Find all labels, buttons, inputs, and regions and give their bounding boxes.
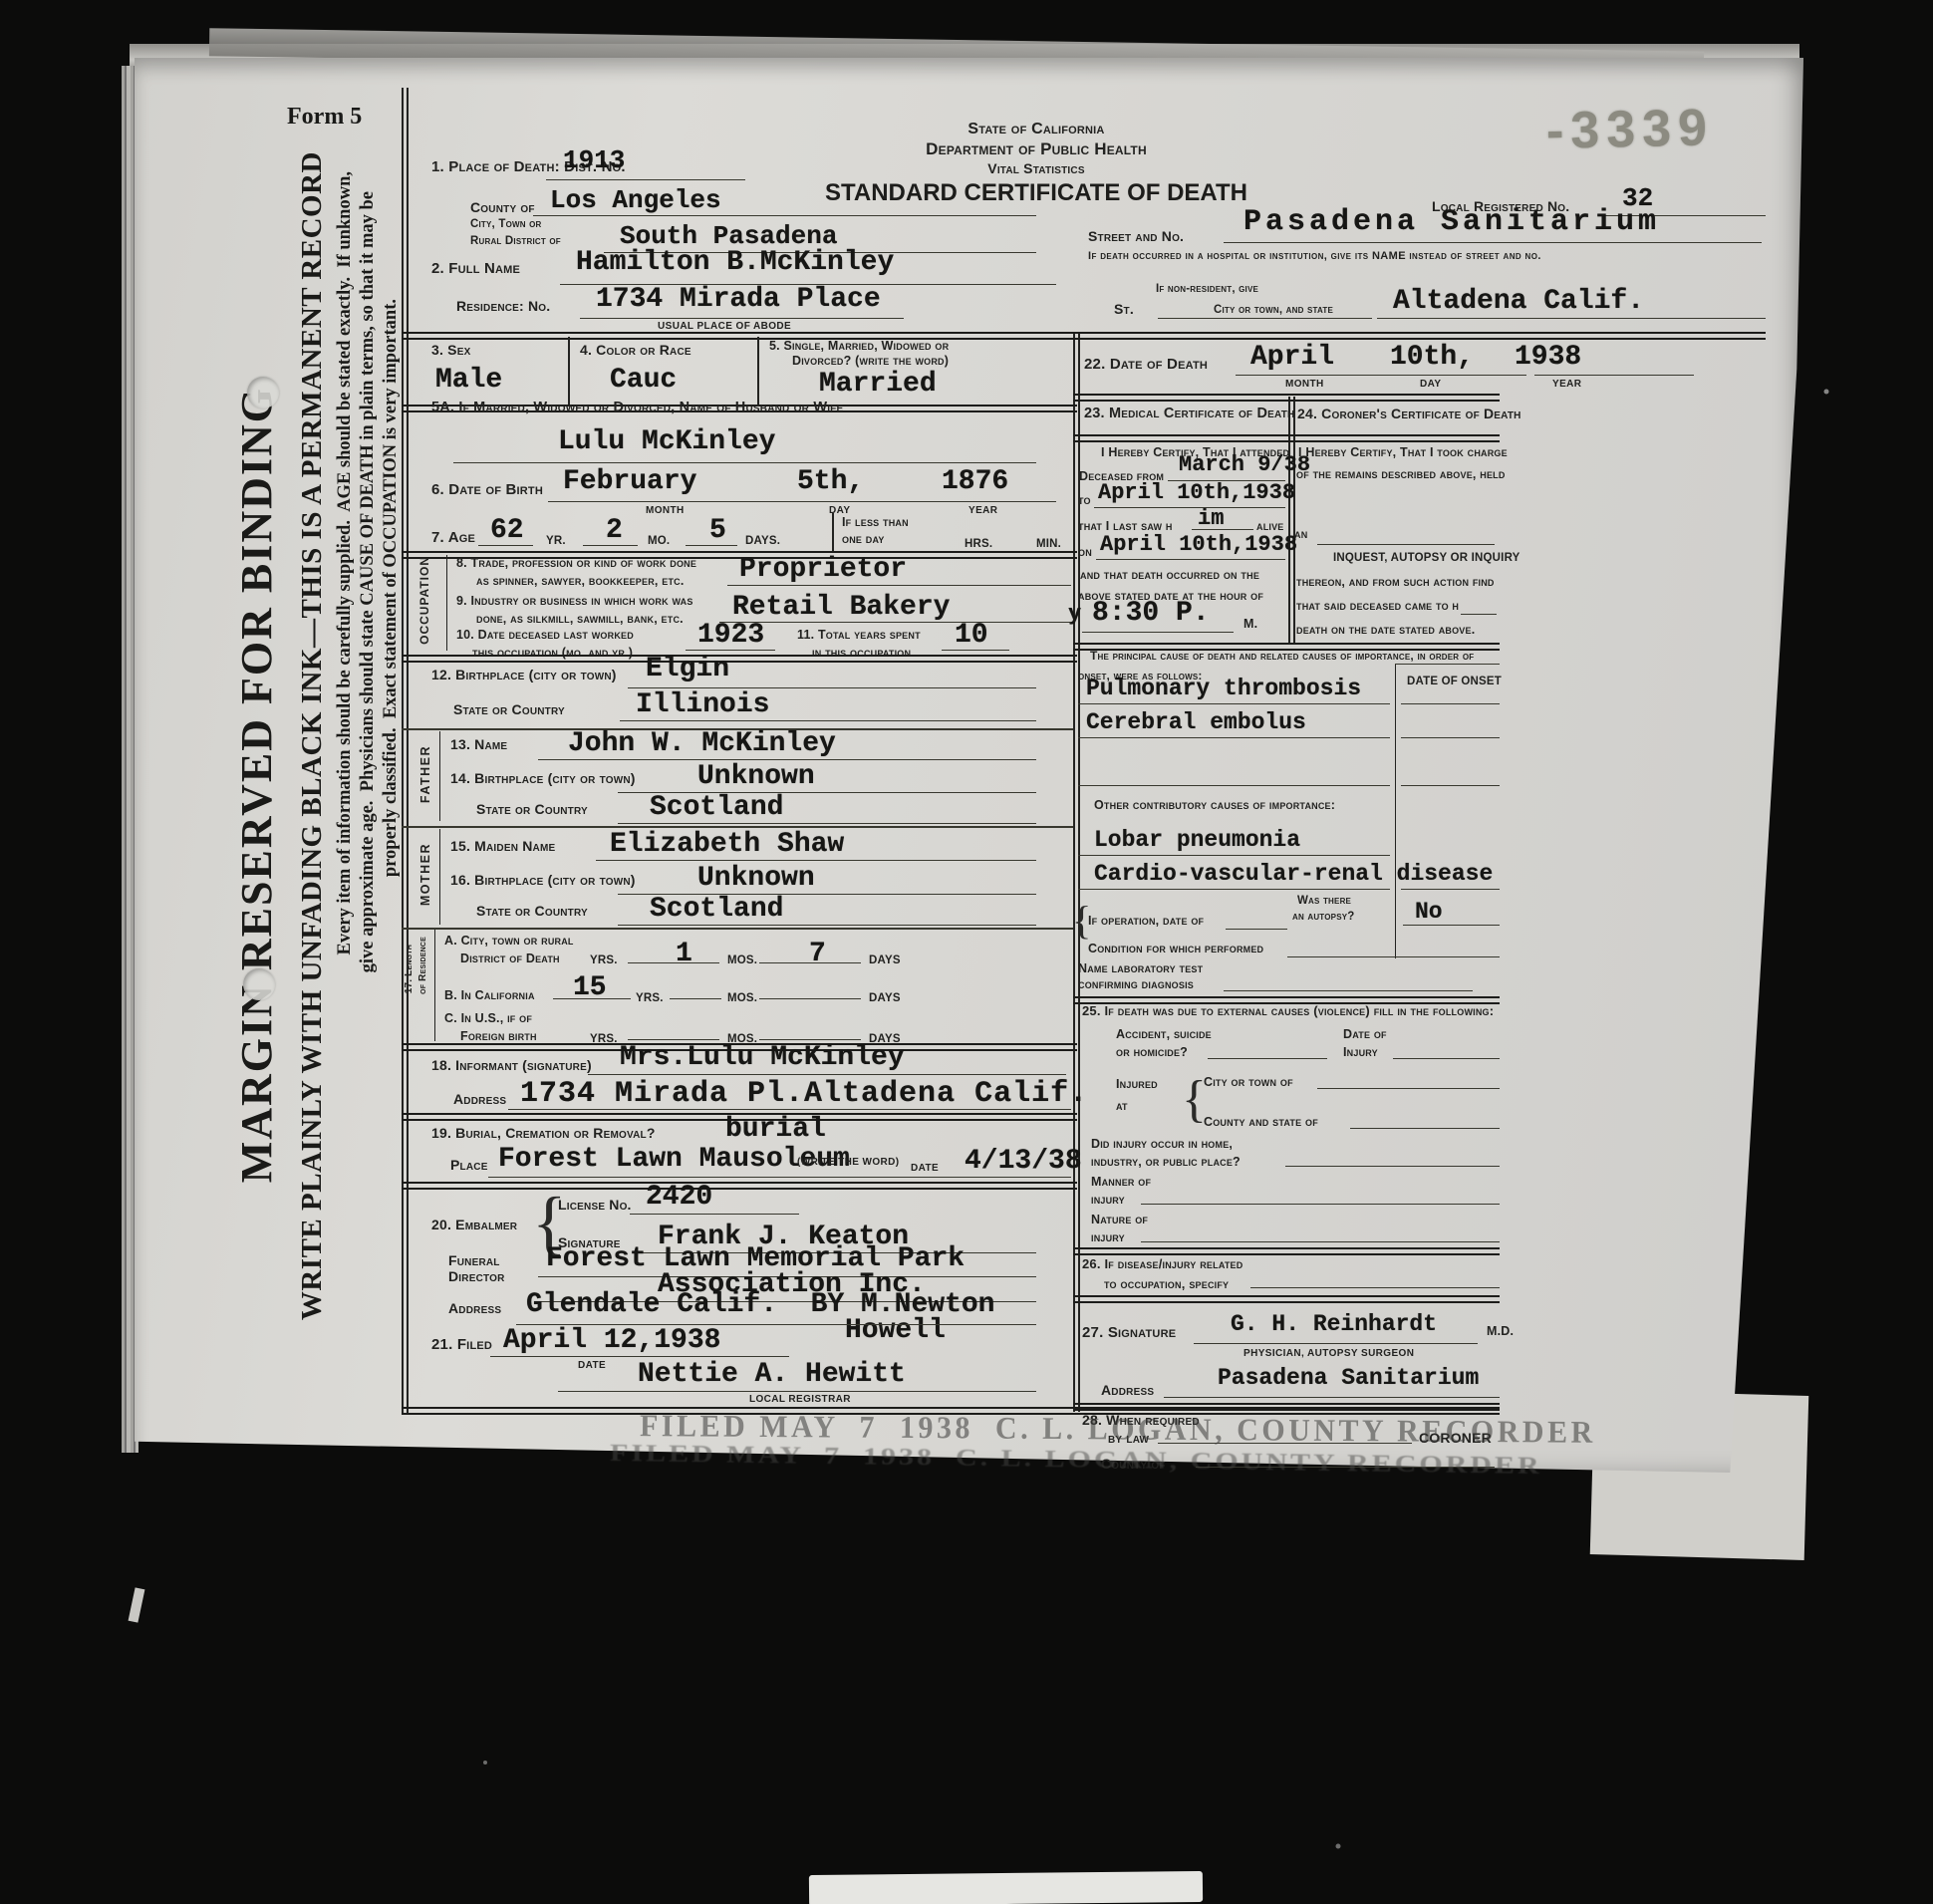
years-spent-label-1: 11. Total years spent (797, 629, 921, 642)
bracket-line (439, 829, 440, 925)
field-line (759, 962, 861, 963)
field-line (1401, 785, 1500, 786)
field-line (1461, 614, 1497, 615)
birth-month: February (563, 468, 696, 496)
binder-hole (247, 377, 279, 408)
funeral-director-label-2: Director (448, 1269, 505, 1284)
field-line (580, 318, 904, 319)
section-rule (1073, 1247, 1500, 1255)
field-line (546, 179, 745, 180)
scanned-death-certificate: Form 5 MARGIN RESERVED FOR BINDING WRITE… (0, 0, 1933, 1904)
accident-label-1: Accident, suicide (1116, 1028, 1212, 1041)
field-line (1226, 929, 1287, 930)
marital-label-2: Divorced? (write the word) (792, 355, 949, 368)
field-line (630, 1214, 799, 1215)
field-line (1401, 737, 1500, 738)
condition-performed-label: Condition for which performed (1088, 943, 1263, 955)
informant-address-label: Address (453, 1092, 506, 1107)
father-vertical-label: FATHER (419, 745, 432, 803)
dist-no-value: 1913 (563, 147, 625, 173)
principal-cause-label-1: The principal cause of death and related… (1090, 650, 1474, 663)
birthplace-label: 12. Birthplace (city or town) (431, 668, 617, 682)
md-label: M.D. (1487, 1325, 1514, 1338)
yrs-sublabel: YRS. (636, 992, 664, 1004)
margin-note-1: Every item of information should be care… (335, 171, 356, 955)
binder-hole (243, 968, 275, 1000)
if-less-than-label-1: If less than (842, 516, 909, 529)
field-line (1285, 1166, 1500, 1167)
field-line (686, 545, 737, 546)
field-line (553, 998, 631, 999)
inquest-note: INQUEST, AUTOPSY OR INQUIRY (1333, 552, 1520, 564)
residence-a-label-2: District of Death (460, 952, 560, 965)
contributory-value-1: Lobar pneumonia (1094, 829, 1300, 852)
burial-label: 19. Burial, Cremation or Removal? (431, 1126, 656, 1141)
industry-label-1: 9. Industry or business in which work wa… (456, 595, 693, 608)
registrar-signature-value: Nettie A. Hewitt (638, 1361, 906, 1389)
husband-wife-label: 5A. If Married, Widowed or Divorced, Nam… (431, 401, 843, 415)
bracket-line (439, 731, 440, 821)
write-word-note: (WRITE THE WORD) (797, 1158, 900, 1169)
embalmer-address-label: Address (448, 1301, 501, 1316)
mother-state-label: State or Country (476, 904, 588, 919)
physician-address-value: Pasadena Sanitarium (1218, 1367, 1479, 1390)
field-line (1377, 318, 1766, 319)
on-label: on (1078, 546, 1092, 559)
contributory-causes-label: Other contributory causes of importance: (1094, 799, 1335, 812)
physician-address-label: Address (1101, 1383, 1154, 1398)
field-line (533, 215, 1036, 216)
field-line (1393, 1058, 1500, 1059)
color-race-label: 4. Color or Race (580, 343, 691, 358)
license-value: 2420 (646, 1184, 712, 1212)
date-of-death-month: April (1250, 344, 1334, 372)
date-of-death-day: 10th, (1390, 344, 1474, 372)
birthplace-value: Elgin (646, 656, 729, 683)
section-rule (402, 1182, 1077, 1190)
city-or-town-label: City or town of (1204, 1076, 1293, 1089)
field-line (628, 962, 719, 963)
hrs-sublabel: HRS. (965, 538, 992, 550)
mother-name-value: Elizabeth Shaw (610, 831, 844, 859)
st-label: St. (1114, 302, 1134, 317)
mos-sublabel: MOS. (727, 954, 757, 966)
residence-vertical-label-2: of Residence (418, 937, 429, 994)
mother-birthplace-value: Unknown (697, 865, 815, 893)
filed-date-value: April 12,1938 (503, 1327, 720, 1355)
field-line (1401, 703, 1500, 704)
physician-sublabel: PHYSICIAN, AUTOPSY SURGEON (1243, 1349, 1414, 1360)
field-line (1401, 889, 1500, 890)
full-name-value: Hamilton B.McKinley (576, 249, 894, 277)
bracket-line (434, 930, 435, 1041)
did-injury-label-2: industry, or public place? (1091, 1156, 1241, 1169)
field-line (942, 650, 1009, 651)
physician-signature-label: 27. Signature (1082, 1325, 1176, 1341)
city-town-label-2: Rural District of (470, 235, 561, 247)
cause-value-1: Pulmonary thrombosis (1086, 678, 1361, 700)
field-line (1158, 318, 1372, 319)
onset-top-line (1395, 664, 1500, 665)
county-state-label: County and state of (1204, 1116, 1318, 1129)
date-of-birth-label: 6. Date of Birth (431, 482, 543, 498)
field-line (1078, 737, 1390, 738)
embalmer-label: 20. Embalmer (431, 1218, 517, 1232)
contributory-value-2: Cardio-vascular-renal disease (1094, 863, 1493, 886)
residence-a-yrs: 1 (676, 941, 692, 968)
last-worked-label-1: 10. Date deceased last worked (456, 629, 634, 642)
coroner-certify-line-5: death on the date stated above. (1296, 624, 1475, 637)
date-of-injury-label-1: Date of (1343, 1028, 1387, 1041)
field-line (1236, 375, 1526, 376)
min-sublabel: MIN. (1036, 538, 1061, 550)
residence-c-label-1: C. In U.S., if of (444, 1012, 532, 1025)
margin-permanent-record-text: WRITE PLAINLY WITH UNFADING BLACK INK—TH… (296, 151, 329, 1320)
month-sublabel: MONTH (1285, 380, 1324, 391)
field-line (1317, 544, 1495, 545)
margin-note-2: give approximate age. Physicians should … (358, 191, 379, 972)
occupation-vertical-label: OCCUPATION (418, 556, 431, 645)
husband-wife-value: Lulu McKinley (558, 428, 775, 456)
burial-place-label: Place (450, 1158, 488, 1173)
field-line (478, 545, 533, 546)
birth-year: 1876 (942, 468, 1008, 496)
residence-value: 1734 Mirada Place (596, 286, 881, 314)
industry-value: Retail Bakery (732, 594, 950, 622)
form-left-border (402, 88, 409, 1415)
father-state-label: State or Country (476, 802, 588, 817)
header-vital: Vital Statistics (737, 161, 1335, 176)
cell-divider (568, 337, 570, 407)
cell-divider (832, 513, 834, 551)
county-value: Los Angeles (550, 187, 721, 213)
year-sublabel: YEAR (968, 506, 997, 517)
age-label: 7. Age (431, 530, 475, 546)
field-line (1350, 1128, 1500, 1129)
field-line (1164, 1397, 1500, 1398)
trade-label-2: as spinner, sawyer, bookkeeper, etc. (476, 575, 685, 588)
if-operation-label: If operation, date of (1088, 915, 1204, 928)
burial-value: burial (725, 1116, 826, 1144)
license-label: License No. (558, 1198, 632, 1213)
field-line (1094, 507, 1285, 508)
yr-sublabel: YR. (546, 535, 566, 547)
form-number: Form 5 (287, 104, 362, 131)
residence-vertical-label-1: 17. Length (405, 945, 415, 993)
section-rule (402, 655, 1077, 663)
state-country-value: Illinois (636, 691, 769, 719)
field-line (508, 1109, 1071, 1110)
residence-label: Residence: No. (456, 299, 550, 314)
field-line (620, 720, 1036, 721)
onset-column-line (1395, 664, 1396, 958)
county-label: County of (470, 200, 535, 215)
burial-date-label: DATE (911, 1164, 939, 1175)
last-worked-value: 1923 (697, 622, 764, 650)
an-label: an (1294, 528, 1307, 541)
street-note: If death occurred in a hospital or insti… (1088, 251, 1541, 263)
field-line (670, 998, 721, 999)
date-of-onset-label: DATE OF ONSET (1407, 676, 1502, 687)
sex-label: 3. Sex (431, 343, 470, 358)
mother-name-label: 15. Maiden Name (450, 839, 555, 854)
block-rule (402, 928, 1073, 930)
header-title: STANDARD CERTIFICATE OF DEATH (737, 179, 1335, 207)
street-value: Pasadena Sanitarium (1243, 207, 1660, 237)
header-state: State of California (737, 122, 1335, 138)
field-line (618, 925, 1036, 926)
field-line (490, 1356, 789, 1357)
field-line (686, 650, 775, 651)
field-line (628, 1039, 719, 1040)
sex-value: Male (435, 367, 502, 395)
margin-note-3: properly classified. Exact statement of … (381, 299, 402, 877)
days-sublabel: DAYS. (745, 535, 780, 547)
section-rule (1073, 1295, 1500, 1303)
medical-certificate-label: 23. Medical Certificate of Death (1084, 407, 1294, 421)
field-line (1078, 703, 1390, 704)
deceased-from-value: March 9/38 (1179, 454, 1310, 476)
funeral-director-label-1: Funeral (448, 1253, 500, 1268)
father-name-value: John W. McKinley (568, 730, 836, 758)
field-line (618, 823, 1036, 824)
m-label: M. (1243, 618, 1257, 631)
was-there-label: Was there (1297, 895, 1351, 907)
field-line (1141, 1204, 1500, 1205)
age-months-value: 2 (606, 517, 623, 545)
bracket-line (446, 555, 447, 651)
days-sublabel: DAYS (869, 954, 901, 966)
section-rule (1073, 1403, 1500, 1411)
header-dept: Department of Public Health (737, 140, 1335, 158)
informant-address-value: 1734 Mirada Pl.Altadena Calif. (520, 1079, 1088, 1109)
did-injury-label-1: Did injury occur in home, (1091, 1138, 1233, 1151)
industry-label-2: done, as silkmill, sawmill, bank, etc. (476, 613, 684, 626)
year-sublabel: YEAR (1552, 380, 1581, 391)
field-line (759, 998, 861, 999)
father-birthplace-label: 14. Birthplace (city or town) (450, 771, 636, 786)
coroner-certificate-label: 24. Coroner's Certificate of Death (1297, 407, 1521, 421)
cell-divider (757, 337, 759, 407)
month-sublabel: MONTH (646, 506, 685, 517)
street-and-no-label: Street and No. (1088, 229, 1184, 244)
date-sublabel: DATE (578, 1361, 606, 1372)
field-line (759, 1039, 861, 1040)
years-spent-value: 10 (955, 622, 988, 650)
trade-value: Proprietor (739, 556, 907, 584)
field-line (538, 759, 1036, 760)
nonresident-value: Altadena Calif. (1393, 288, 1644, 316)
date-of-death-label: 22. Date of Death (1084, 357, 1208, 373)
mother-vertical-label: MOTHER (419, 843, 432, 906)
field-line (488, 1177, 1071, 1178)
residence-a-label-1: A. City, town or rural (444, 935, 574, 948)
residence-b-label: B. In California (444, 989, 535, 1002)
nature-label-1: Nature of (1091, 1214, 1148, 1226)
field-line (1224, 990, 1473, 991)
marital-label-1: 5. Single, Married, Widowed or (769, 340, 949, 353)
residence-a-mos: 7 (809, 941, 826, 968)
trade-label-1: 8. Trade, profession or kind of work don… (456, 557, 696, 570)
state-country-label: State or Country (453, 702, 565, 717)
field-line (583, 545, 638, 546)
disease-injury-label-1: 26. If disease/injury related (1082, 1257, 1243, 1271)
informant-value: Mrs.Lulu McKinley (620, 1044, 905, 1072)
field-line (1194, 1343, 1478, 1344)
field-line (1403, 925, 1500, 926)
age-days-value: 5 (709, 517, 726, 545)
mother-birthplace-label: 16. Birthplace (city or town) (450, 873, 636, 888)
field-line (1534, 375, 1694, 376)
field-line (596, 860, 1036, 861)
marital-value: Married (819, 371, 937, 399)
day-sublabel: DAY (1420, 380, 1441, 391)
manner-label-1: Manner of (1091, 1176, 1151, 1189)
accident-label-2: or homicide? (1116, 1046, 1188, 1059)
filed-label: 21. Filed (431, 1337, 492, 1353)
field-line (1224, 242, 1762, 243)
city-value: South Pasadena (620, 223, 837, 249)
field-line (1250, 1287, 1500, 1288)
field-line (1078, 889, 1390, 890)
residence-c-label-2: Foreign birth (460, 1030, 537, 1043)
field-line (1317, 1088, 1500, 1089)
nonresident-note-2: City or town, and state (1214, 304, 1333, 316)
field-line (1078, 785, 1390, 786)
to-label: to (1078, 494, 1091, 507)
date-of-injury-label-2: Injury (1343, 1046, 1378, 1059)
field-line (727, 585, 1071, 586)
color-race-value: Cauc (610, 367, 677, 395)
field-line (1287, 956, 1500, 957)
father-birthplace-value: Unknown (697, 763, 815, 791)
burial-date-value: 4/13/38 (965, 1148, 1082, 1176)
father-state-value: Scotland (650, 794, 783, 822)
if-less-than-label-2: one day (842, 533, 885, 546)
disease-injury-label-2: to occupation, specify (1104, 1277, 1229, 1291)
days-sublabel: DAYS (869, 992, 901, 1004)
mos-sublabel: MOS. (727, 992, 757, 1004)
coroner-certify-line-3: thereon, and from such action find (1296, 576, 1495, 589)
at-label: at (1116, 1100, 1128, 1113)
father-name-label: 13. Name (450, 737, 507, 752)
death-occurred-line-1: and that death occurred on the (1080, 569, 1259, 582)
autopsy-value: No (1415, 901, 1443, 924)
field-line (1141, 1241, 1500, 1242)
mother-state-value: Scotland (650, 896, 783, 924)
full-name-label: 2. Full Name (431, 261, 520, 277)
cause-value-2: Cerebral embolus (1086, 711, 1306, 734)
field-line (453, 462, 1036, 463)
field-line (719, 622, 1071, 623)
section-rule (1073, 434, 1500, 442)
section-rule (402, 332, 1766, 340)
date-of-death-year: 1938 (1515, 344, 1581, 372)
embalmer-address-value-2: Howell (845, 1317, 946, 1345)
nonresident-note-1: If non-resident, give (1156, 283, 1258, 295)
age-years-value: 62 (490, 517, 524, 545)
coroner-certify-line-1: I Hereby Certify, That I took charge (1298, 446, 1508, 459)
physician-signature-value: G. H. Reinhardt (1231, 1313, 1437, 1336)
mo-sublabel: MO. (648, 535, 670, 547)
to-value: April 10th,1938 (1098, 482, 1295, 504)
informant-label: 18. Informant (signature) (431, 1058, 592, 1073)
hour-value: 8:30 P. (1092, 600, 1210, 628)
field-line (548, 501, 1056, 502)
field-line (558, 1391, 1036, 1392)
yrs-sublabel: YRS. (590, 954, 618, 966)
field-line (628, 687, 1036, 688)
nature-label-2: injury (1091, 1231, 1125, 1244)
field-line (1078, 855, 1390, 856)
an-autopsy-label: an autopsy? (1292, 911, 1355, 923)
field-line (1208, 1058, 1327, 1059)
field-line (1192, 529, 1253, 530)
field-line (1096, 559, 1285, 560)
local-registrar-sublabel: LOCAL REGISTRAR (749, 1395, 851, 1406)
margin-binding-text: MARGIN RESERVED FOR BINDING (231, 387, 282, 1183)
field-line (1082, 632, 1234, 633)
abode-note: USUAL PLACE OF ABODE (658, 322, 791, 333)
section-rule (1073, 394, 1500, 402)
birth-day: 5th, (797, 468, 864, 496)
lab-test-label-1: Name laboratory test (1078, 962, 1203, 975)
him-value: im (1198, 508, 1224, 530)
external-causes-label: 25. If death was due to external causes … (1082, 1004, 1494, 1018)
document-number-stamp: -3339 (1545, 98, 1714, 161)
injured-label: Injured (1116, 1078, 1158, 1091)
city-town-label-1: City, Town or (470, 218, 542, 230)
coroner-certify-line-4: that said deceased came to h (1296, 600, 1459, 613)
lab-test-label-2: confirming diagnosis (1078, 978, 1194, 991)
manner-label-2: injury (1091, 1194, 1125, 1207)
coroner-certify-line-2: of the remains described above, held (1296, 468, 1506, 481)
block-rule (402, 826, 1073, 828)
field-line (588, 1074, 1066, 1075)
on-value: April 10th,1938 (1100, 534, 1297, 556)
